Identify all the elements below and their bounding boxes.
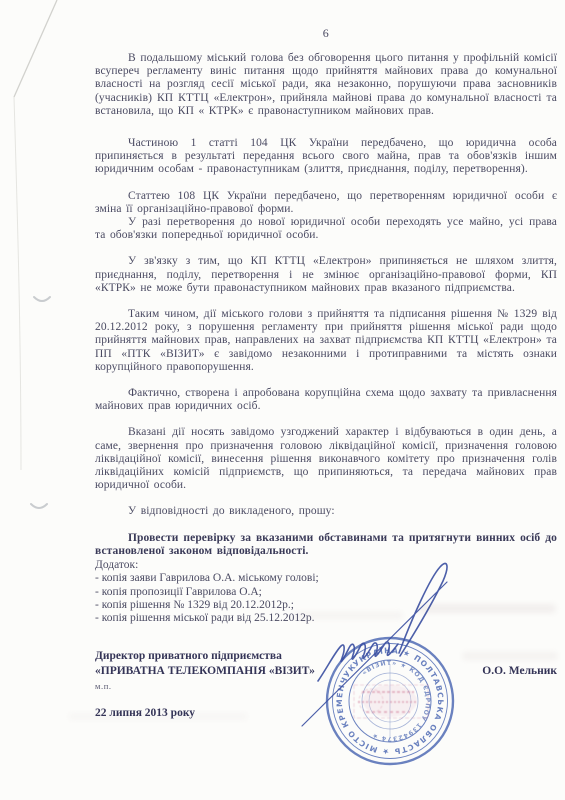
signer-position-line1: Директор приватного підприємства [95,649,557,664]
paragraph: Вказані дії носять завідомо узгоджений х… [95,426,557,492]
paragraph: Таким чином, дії міського голови з прийн… [95,308,557,374]
document-body: 6 В подальшому міський голова без обгово… [0,0,565,719]
paragraph: Статтею 108 ЦК України передбачено, що п… [95,190,557,216]
attachment-item: - копія рішення № 1329 від 20.12.2012р.; [95,599,557,612]
page-number: 6 [95,26,557,40]
attachment-item: - копія пропозиції Гаврилова О.А; [95,586,557,599]
request-paragraph: Провести перевірку за вказаними обставин… [95,532,557,558]
attachment-item: - копія заяви Гаврилова О.А. міському го… [95,572,557,585]
seal-place-mark: м.п. [95,681,557,691]
paragraph: У відповідності до викладеного, прошу: [95,505,557,518]
signature-block: Директор приватного підприємства «ПРИВАТ… [95,649,557,719]
signature-date: 22 липня 2013 року [95,707,557,719]
paragraph: У зв'язку з тим, що КП КТТЦ «Електрон» п… [95,255,557,295]
signer-name: О.О. Мельник [482,665,557,677]
paragraph: Частиною 1 статті 104 ЦК України передба… [95,137,557,177]
attachments-label: Додаток: [95,559,557,572]
attachment-item: - копія рішення міської ради від 25.12.2… [95,612,557,625]
paragraph: В подальшому міський голова без обговоре… [95,52,557,118]
paragraph: Фактично, створена і апробована корупцій… [95,387,557,413]
paragraph: У разі перетворення до нової юридичної о… [95,216,557,242]
scanned-document-page: 6 В подальшому міський голова без обгово… [0,0,565,800]
